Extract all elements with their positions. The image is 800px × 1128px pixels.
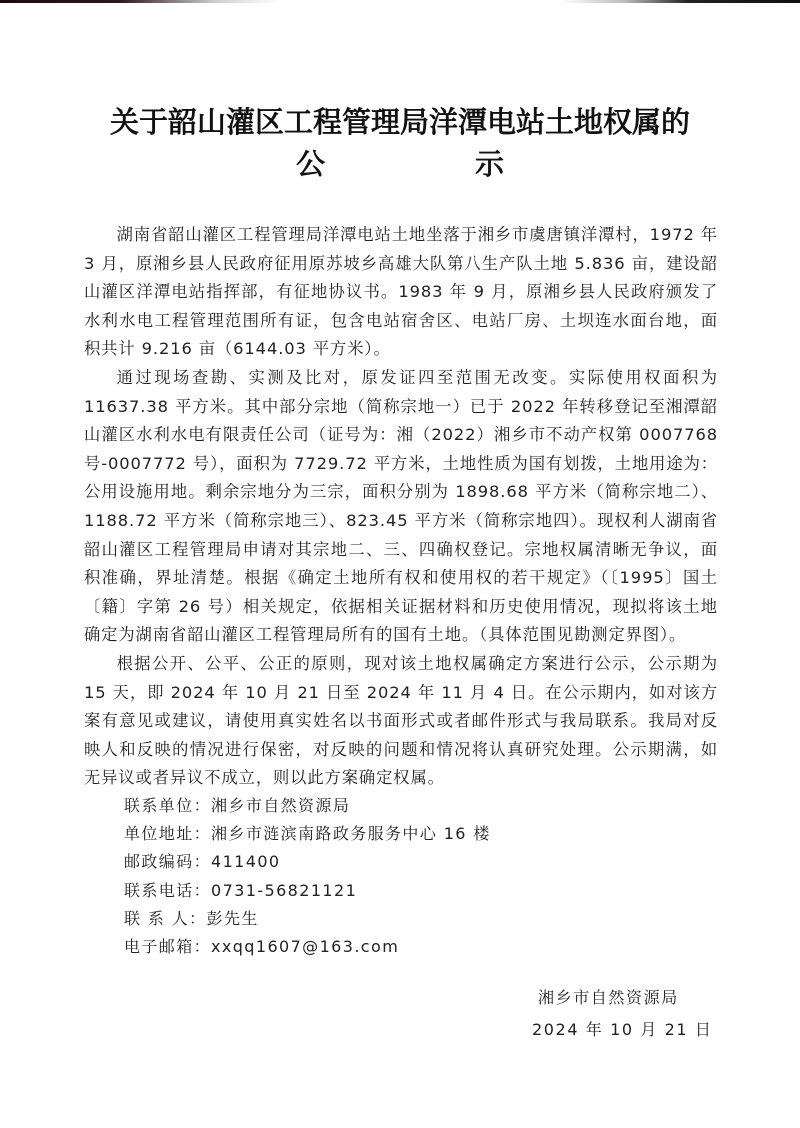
contact-label: 联系电话： — [124, 881, 211, 900]
contact-value: 411400 — [211, 852, 280, 871]
signature-date: 2024 年 10 月 21 日 — [532, 1014, 712, 1046]
paragraph-background: 湖南省韶山灌区工程管理局洋潭电站土地坐落于湘乡市虞唐镇洋潭村，1972 年 3 … — [84, 221, 718, 364]
contact-value: 湘乡市涟滨南路政务服务中心 16 楼 — [211, 824, 491, 843]
contact-label: 联系单位： — [124, 796, 211, 815]
paragraph-notice-period: 根据公开、公平、公正的原则，现对该土地权属确定方案进行公示，公示期为 15 天，… — [84, 650, 718, 793]
contact-label: 邮政编码： — [124, 852, 211, 871]
contact-phone: 联系电话：0731-56821121 — [124, 877, 491, 905]
signature-block: 湘乡市自然资源局 2024 年 10 月 21 日 — [532, 982, 712, 1046]
contact-address: 单位地址：湘乡市涟滨南路政务服务中心 16 楼 — [124, 820, 491, 848]
signature-organization: 湘乡市自然资源局 — [532, 982, 712, 1014]
document-title: 关于韶山灌区工程管理局洋潭电站土地权属的 — [0, 100, 800, 141]
subtitle-char-right: 示 — [475, 142, 504, 183]
contact-unit: 联系单位：湘乡市自然资源局 — [124, 792, 491, 820]
document-body: 湖南省韶山灌区工程管理局洋潭电站土地坐落于湘乡市虞唐镇洋潭村，1972 年 3 … — [84, 221, 718, 793]
contact-person: 联 系 人：彭先生 — [124, 905, 491, 933]
contact-value: xxqq1607@163.com — [211, 937, 399, 956]
contact-label: 单位地址： — [124, 824, 211, 843]
contact-value: 0731-56821121 — [211, 881, 357, 900]
contact-label: 电子邮箱： — [124, 937, 211, 956]
contact-email: 电子邮箱：xxqq1607@163.com — [124, 933, 491, 961]
contact-value: 彭先生 — [207, 909, 259, 928]
contact-label: 联 系 人： — [124, 909, 207, 928]
document-subtitle: 公示 — [0, 142, 800, 183]
contact-value: 湘乡市自然资源局 — [211, 796, 350, 815]
contact-postcode: 邮政编码：411400 — [124, 848, 491, 876]
scan-edge — [0, 0, 800, 3]
contact-info: 联系单位：湘乡市自然资源局 单位地址：湘乡市涟滨南路政务服务中心 16 楼 邮政… — [124, 792, 491, 961]
paragraph-survey: 通过现场查勘、实测及比对，原发证四至范围无改变。实际使用权面积为 11637.3… — [84, 364, 718, 650]
subtitle-char-left: 公 — [296, 142, 325, 183]
